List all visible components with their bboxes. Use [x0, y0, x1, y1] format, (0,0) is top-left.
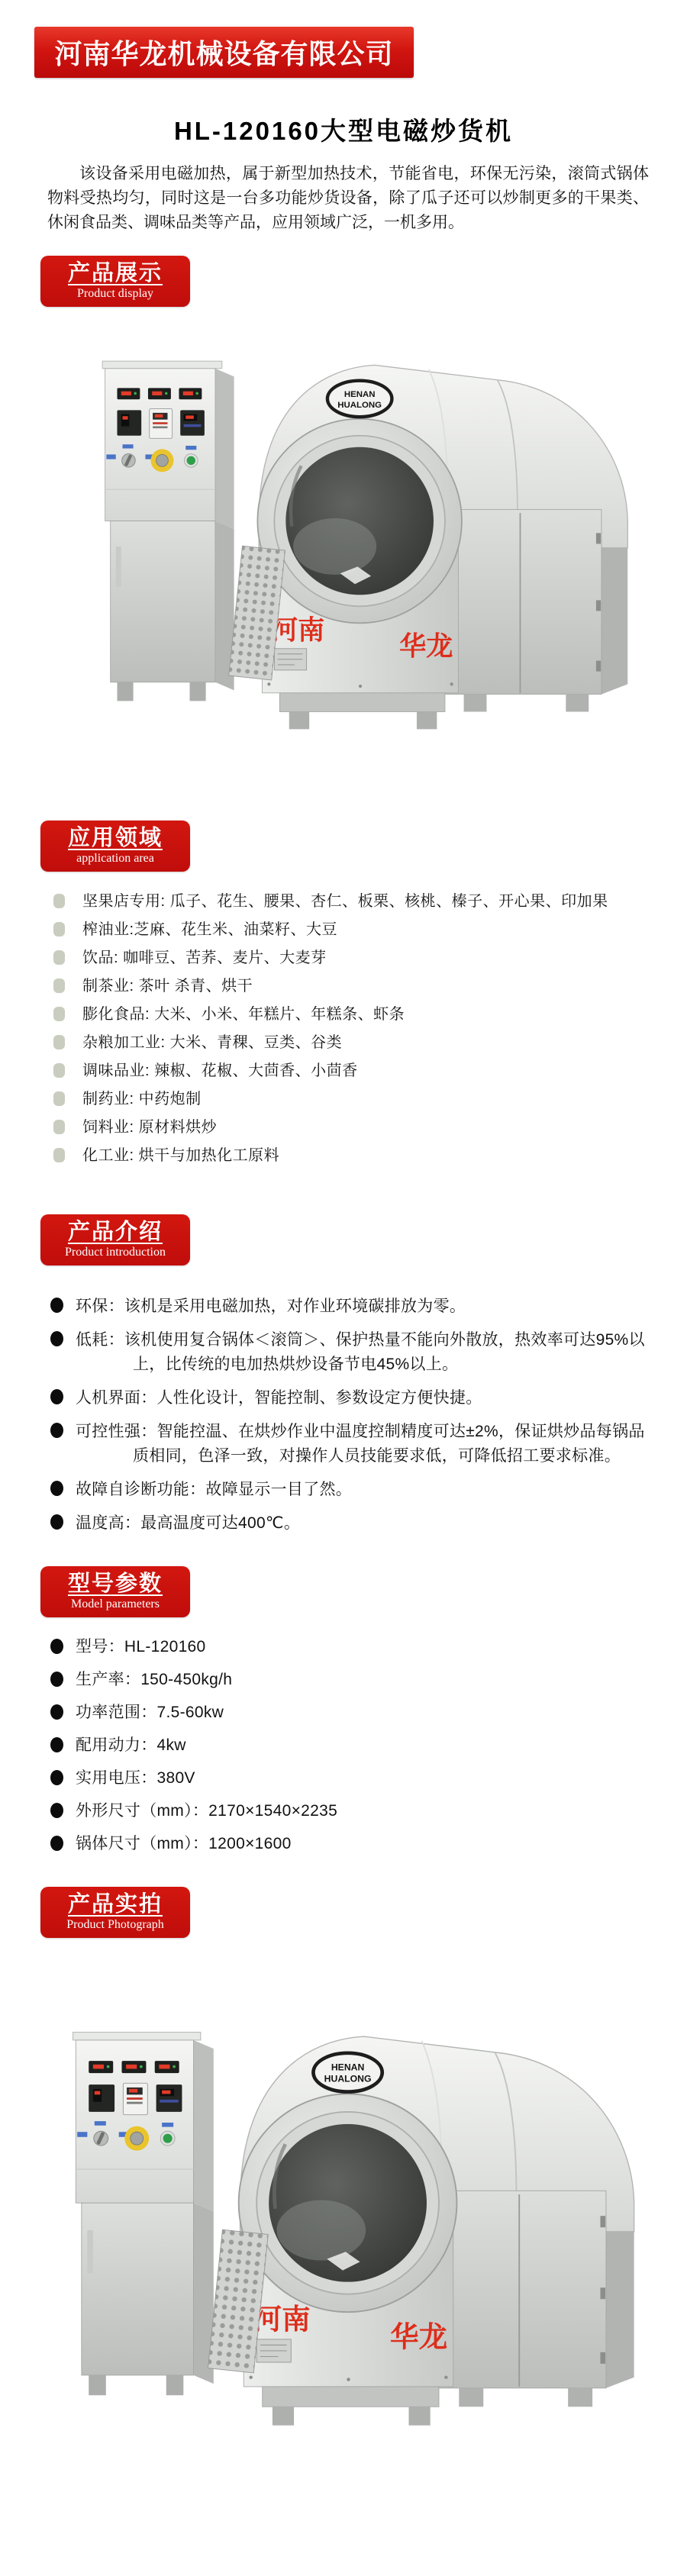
square-bullet-icon [53, 1148, 65, 1162]
section-title-en: Product display [44, 286, 187, 301]
list-item: 环保：该机是采用电磁加热，对作业环境碳排放为零。 [50, 1294, 653, 1319]
list-item-text: 化工业: 烘干与加热化工原料 [82, 1147, 279, 1165]
square-bullet-icon [53, 1091, 65, 1106]
square-bullet-icon [53, 1063, 65, 1078]
company-banner: 河南华龙机械设备有限公司 [34, 27, 414, 78]
square-bullet-icon [53, 950, 65, 965]
list-item-text: 功率范围：7.5-60kw [76, 1703, 224, 1723]
section-title-en: Product Photograph [44, 1917, 187, 1932]
list-item: 可控性强：智能控温、在烘炒作业中温度控制精度可达±2%，保证烘炒品每锅品质相同，… [50, 1420, 653, 1469]
list-item-text: 制茶业: 茶叶 杀青、烘干 [82, 978, 253, 995]
list-item: 人机界面：人性化设计，智能控制、参数设定方便快捷。 [50, 1386, 653, 1411]
product-photograph-photo [29, 2015, 656, 2449]
list-item: 饲料业: 原材料烘炒 [53, 1119, 664, 1147]
list-item-text: 配用动力：4kw [76, 1736, 186, 1755]
product-display-photo [57, 345, 653, 752]
dot-bullet-icon [50, 1423, 63, 1438]
square-bullet-icon [53, 1035, 65, 1049]
dot-bullet-icon [50, 1298, 63, 1313]
list-item: 化工业: 烘干与加热化工原料 [53, 1147, 664, 1175]
list-item-text: 制药业: 中药炮制 [82, 1091, 202, 1108]
list-item: 故障自诊断功能：故障显示一目了然。 [50, 1478, 653, 1502]
section-badge-model-parameters: 型号参数 Model parameters [40, 1566, 190, 1617]
list-item-text: 生产率：150-450kg/h [76, 1670, 232, 1690]
list-item: 生产率：150-450kg/h [50, 1670, 653, 1703]
list-item: 外形尺寸（mm）：2170×1540×2235 [50, 1801, 653, 1834]
list-item-text: 饲料业: 原材料烘炒 [82, 1119, 217, 1136]
section-badge-product-photograph: 产品实拍 Product Photograph [40, 1887, 190, 1938]
section-title-zh: 产品介绍 [44, 1220, 187, 1244]
dot-bullet-icon [50, 1770, 63, 1785]
list-item-text: 环保：该机是采用电磁加热，对作业环境碳排放为零。 [76, 1294, 466, 1319]
list-item: 温度高：最高温度可达400℃。 [50, 1511, 653, 1536]
list-item-text: 外形尺寸（mm）：2170×1540×2235 [76, 1801, 337, 1821]
list-item-text: 调味品业: 辣椒、花椒、大茴香、小茴香 [82, 1062, 358, 1080]
dot-bullet-icon [50, 1639, 63, 1654]
page-title: HL-120160大型电磁炒货机 [0, 111, 687, 147]
dot-bullet-icon [50, 1481, 63, 1496]
list-item: 杂粮加工业: 大米、青稞、豆类、谷类 [53, 1034, 664, 1062]
section-title-zh: 产品实拍 [44, 1892, 187, 1917]
section-badge-product-introduction: 产品介绍 Product introduction [40, 1214, 190, 1265]
square-bullet-icon [53, 978, 65, 993]
dot-bullet-icon [50, 1737, 63, 1752]
list-item-text: 温度高：最高温度可达400℃。 [76, 1511, 300, 1536]
dot-bullet-icon [50, 1331, 63, 1346]
list-item: 实用电压：380V [50, 1768, 653, 1801]
square-bullet-icon [53, 922, 65, 937]
section-title-zh: 应用领域 [44, 826, 187, 850]
list-item-text: 型号：HL-120160 [76, 1637, 206, 1657]
square-bullet-icon [53, 1120, 65, 1134]
section-title-en: application area [44, 851, 187, 866]
list-item-text: 饮品: 咖啡豆、苦荞、麦片、大麦芽 [82, 949, 327, 967]
list-item-text: 锅体尺寸（mm）：1200×1600 [76, 1834, 292, 1854]
list-item: 配用动力：4kw [50, 1736, 653, 1768]
application-area-list: 坚果店专用: 瓜子、花生、腰果、杏仁、板栗、核桃、榛子、开心果、印加果 榨油业:… [53, 893, 664, 1175]
model-parameters-list: 型号：HL-120160 生产率：150-450kg/h 功率范围：7.5-60… [50, 1637, 653, 1867]
list-item-text: 可控性强：智能控温、在烘炒作业中温度控制精度可达±2%，保证烘炒品每锅品质相同，… [76, 1420, 653, 1469]
section-badge-product-display: 产品展示 Product display [40, 256, 190, 307]
list-item: 坚果店专用: 瓜子、花生、腰果、杏仁、板栗、核桃、榛子、开心果、印加果 [53, 893, 664, 921]
list-item-text: 人机界面：人性化设计，智能控制、参数设定方便快捷。 [76, 1386, 482, 1411]
dot-bullet-icon [50, 1672, 63, 1687]
list-item-text: 膨化食品: 大米、小米、年糕片、年糕条、虾条 [82, 1006, 405, 1024]
section-title-en: Product introduction [44, 1245, 187, 1259]
dot-bullet-icon [50, 1704, 63, 1720]
section-badge-application-area: 应用领域 application area [40, 821, 190, 872]
list-item-text: 实用电压：380V [76, 1768, 195, 1788]
list-item-text: 坚果店专用: 瓜子、花生、腰果、杏仁、板栗、核桃、榛子、开心果、印加果 [82, 893, 608, 911]
dot-bullet-icon [50, 1803, 63, 1818]
list-item: 型号：HL-120160 [50, 1637, 653, 1670]
company-name: 河南华龙机械设备有限公司 [54, 33, 393, 72]
section-title-en: Model parameters [44, 1597, 187, 1611]
dot-bullet-icon [50, 1836, 63, 1851]
list-item-text: 杂粮加工业: 大米、青稞、豆类、谷类 [82, 1034, 342, 1052]
list-item: 制茶业: 茶叶 杀青、烘干 [53, 978, 664, 1006]
square-bullet-icon [53, 1007, 65, 1021]
list-item-text: 低耗：该机使用复合锅体＜滚筒＞、保护热量不能向外散放，热效率可达95%以上，比传… [76, 1328, 653, 1377]
section-title-zh: 型号参数 [44, 1572, 187, 1596]
product-introduction-list: 环保：该机是采用电磁加热，对作业环境碳排放为零。 低耗：该机使用复合锅体＜滚筒＞… [50, 1294, 653, 1545]
list-item: 制药业: 中药炮制 [53, 1091, 664, 1119]
list-item: 饮品: 咖啡豆、苦荞、麦片、大麦芽 [53, 949, 664, 978]
section-title-zh: 产品展示 [44, 261, 187, 285]
list-item-text: 榨油业:芝麻、花生米、油菜籽、大豆 [82, 921, 337, 939]
square-bullet-icon [53, 894, 65, 908]
machine-illustration [57, 345, 653, 748]
dot-bullet-icon [50, 1514, 63, 1530]
list-item: 榨油业:芝麻、花生米、油菜籽、大豆 [53, 921, 664, 949]
intro-paragraph: 该设备采用电磁加热，属于新型加热技术，节能省电，环保无污染，滚筒式锅体物料受热均… [47, 162, 649, 235]
list-item: 锅体尺寸（mm）：1200×1600 [50, 1834, 653, 1867]
list-item: 膨化食品: 大米、小米、年糕片、年糕条、虾条 [53, 1006, 664, 1034]
list-item: 功率范围：7.5-60kw [50, 1703, 653, 1736]
list-item-text: 故障自诊断功能：故障显示一目了然。 [76, 1478, 352, 1502]
list-item: 调味品业: 辣椒、花椒、大茴香、小茴香 [53, 1062, 664, 1091]
dot-bullet-icon [50, 1389, 63, 1404]
list-item: 低耗：该机使用复合锅体＜滚筒＞、保护热量不能向外散放，热效率可达95%以上，比传… [50, 1328, 653, 1377]
machine-illustration [29, 2015, 656, 2445]
